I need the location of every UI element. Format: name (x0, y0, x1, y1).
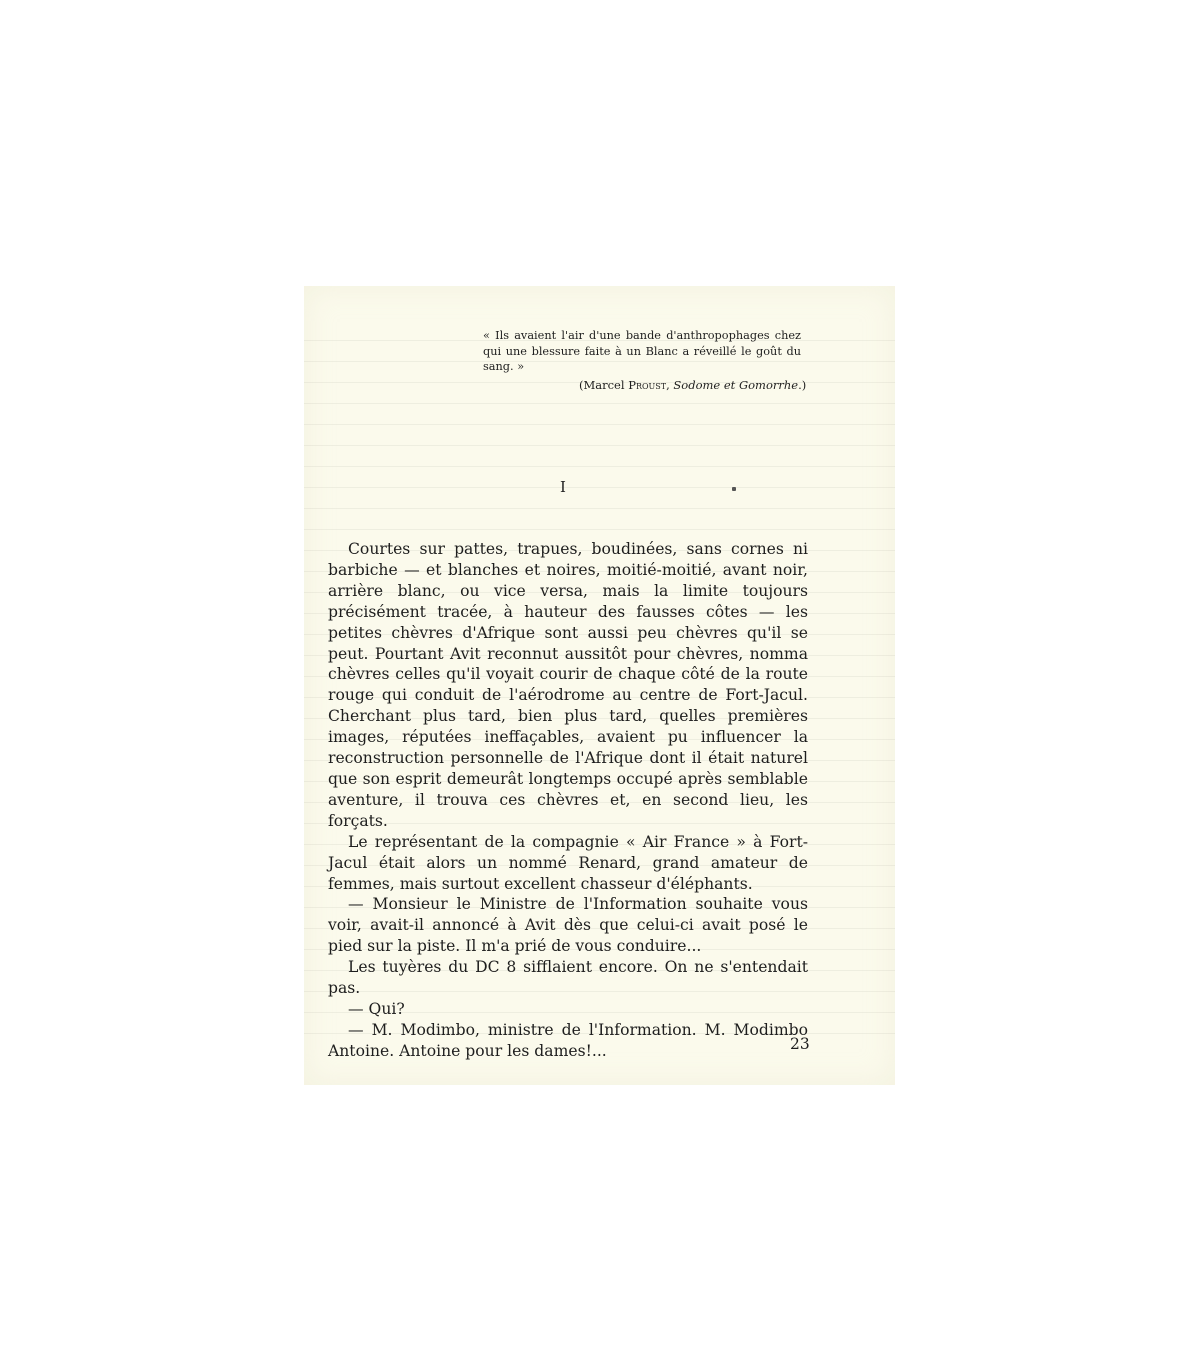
epigraph-quote: « Ils avaient l'air d'une bande d'anthro… (483, 328, 801, 375)
paragraph: Courtes sur pattes, trapues, boudinées, … (328, 539, 808, 832)
attribution-author: Proust (628, 378, 666, 392)
attribution-suffix: .) (798, 378, 806, 392)
paragraph: — Qui? (328, 999, 808, 1020)
chapter-number: I (560, 478, 566, 496)
paragraph: — Monsieur le Ministre de l'Information … (328, 894, 808, 957)
attribution-work: Sodome et Gomorrhe (673, 378, 798, 392)
attribution-prefix: (Marcel (579, 378, 628, 392)
page-number: 23 (790, 1035, 810, 1053)
paragraph: Le représentant de la compagnie « Air Fr… (328, 832, 808, 895)
paragraph: Les tuyères du DC 8 sifflaient encore. O… (328, 957, 808, 999)
epigraph-attribution: (Marcel Proust, Sodome et Gomorrhe.) (579, 378, 806, 392)
body-text: Courtes sur pattes, trapues, boudinées, … (328, 539, 808, 1062)
print-speck (732, 487, 736, 491)
paragraph: — M. Modimbo, ministre de l'Information.… (328, 1020, 808, 1062)
epigraph: « Ils avaient l'air d'une bande d'anthro… (483, 328, 801, 375)
book-page: « Ils avaient l'air d'une bande d'anthro… (304, 286, 895, 1085)
